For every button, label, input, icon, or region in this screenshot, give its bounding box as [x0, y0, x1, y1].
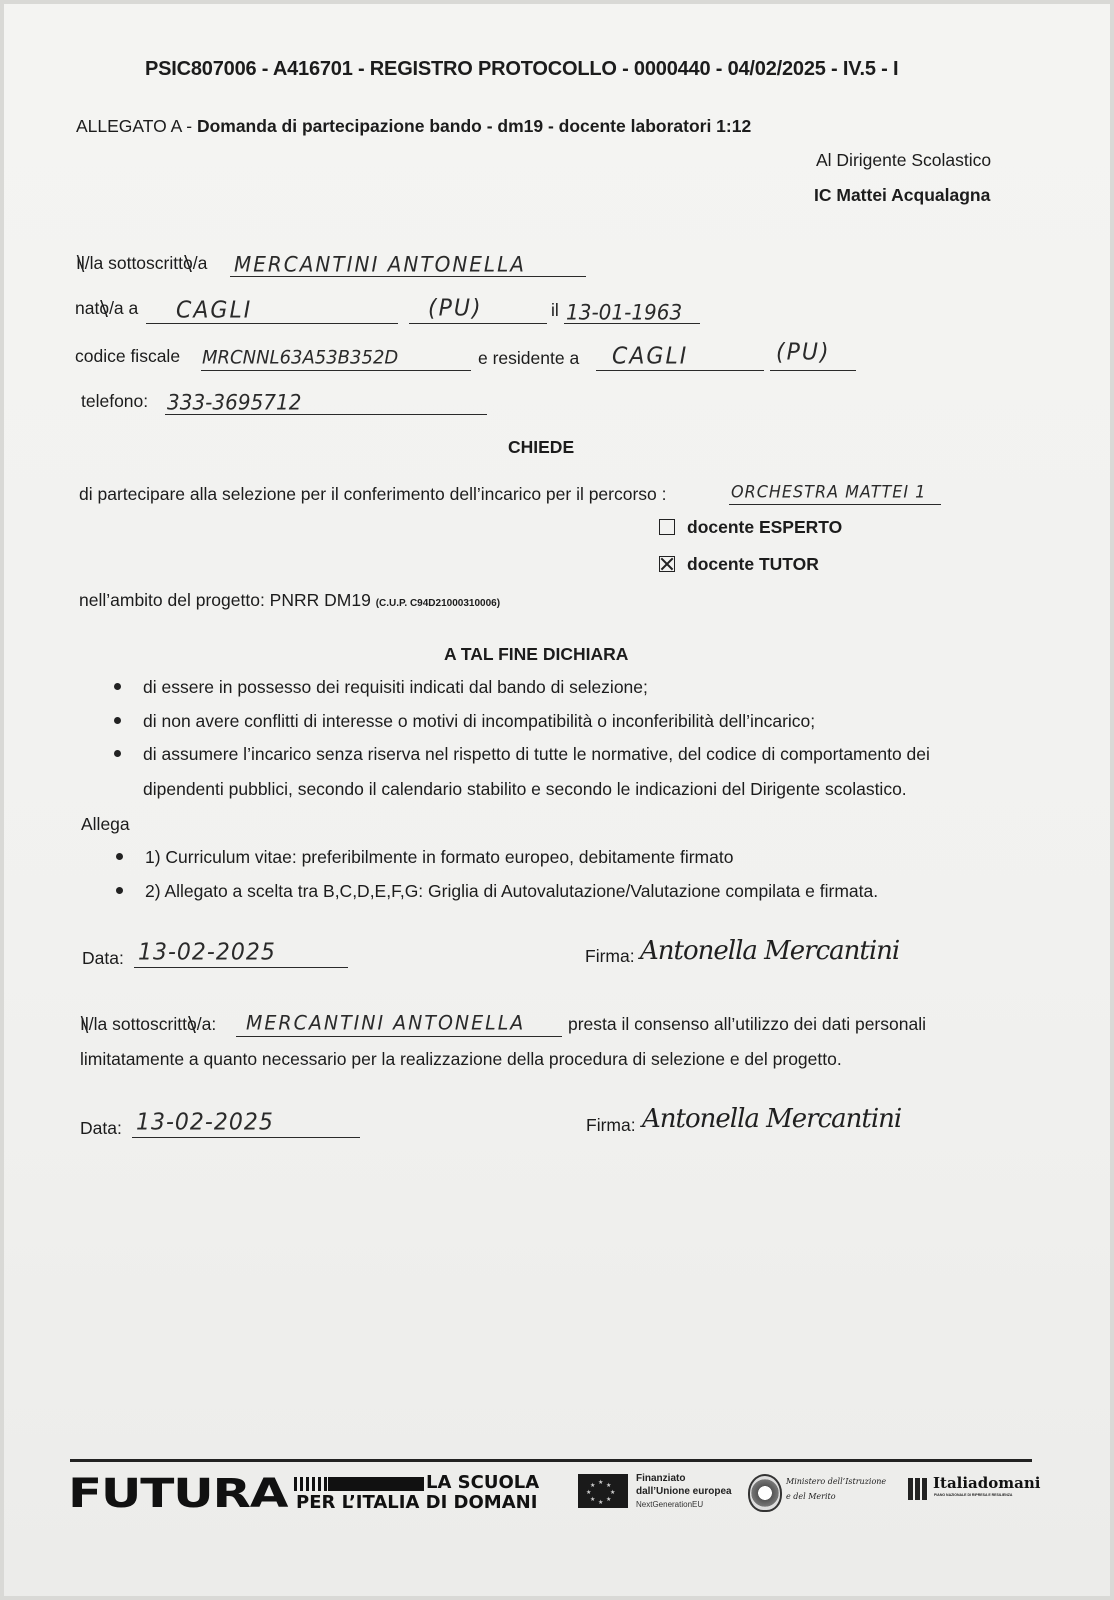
birthdate-field[interactable]: 13-01-1963 [566, 299, 682, 324]
esperto-label: docente ESPERTO [687, 517, 842, 538]
eu-line-2: dall’Unione europea [636, 1486, 732, 1498]
bullet-icon [114, 717, 121, 724]
italiadomani-logo-icon [908, 1478, 928, 1500]
tutor-checkbox[interactable] [659, 556, 675, 572]
nato-label: nato/a a [75, 298, 138, 319]
declaration-item: di essere in possesso dei requisiti indi… [143, 677, 648, 698]
sign-label-2: Firma: [586, 1115, 636, 1136]
attachment-item: 2) Allegato a scelta tra B,C,D,E,F,G: Gr… [145, 881, 878, 902]
province-underline [409, 323, 547, 324]
signature-field-2[interactable]: Antonella Mercantini [642, 1104, 901, 1134]
consent-text-1: presta il consenso all’utilizzo dei dati… [568, 1014, 926, 1035]
allegato-prefix: ALLEGATO A - [76, 116, 197, 136]
italiadomani-title: Italiadomani [933, 1474, 1040, 1492]
declaration-item: di assumere l’incarico senza riserva nel… [143, 744, 930, 765]
course-field[interactable]: ORCHESTRA MATTEI 1 [731, 482, 926, 502]
scuola-line-1: LA SCUOLA [426, 1473, 539, 1492]
bullet-icon [114, 750, 121, 757]
sottoscritto-label: Il/la sottoscritto/a [76, 253, 207, 274]
consent-text-2: limitatamente a quanto necessario per la… [80, 1049, 842, 1070]
allegato-title: ALLEGATO A - Domanda di partecipazione b… [76, 116, 751, 137]
date-field-1[interactable]: 13-02-2025 [138, 939, 276, 965]
cf-field[interactable]: MRCNNL63A53B352D [202, 346, 398, 368]
protocol-line: PSIC807006 - A416701 - REGISTRO PROTOCOL… [145, 58, 898, 81]
course-underline [729, 504, 941, 505]
residence-province-underline [770, 370, 856, 371]
attachments-heading: Allega [81, 814, 130, 835]
residence-underline [596, 370, 764, 371]
phone-label: telefono: [81, 391, 148, 412]
birthdate-label: il [551, 300, 559, 321]
cf-underline [201, 370, 471, 371]
declaration-item-cont: dipendenti pubblici, secondo il calendar… [143, 779, 907, 800]
scuola-line-2: PER L’ITALIA DI DOMANI [296, 1493, 537, 1512]
pixel-pattern-icon [294, 1477, 328, 1491]
footer-divider [70, 1459, 1032, 1462]
document-page: PSIC807006 - A416701 - REGISTRO PROTOCOL… [4, 4, 1110, 1596]
name-field[interactable]: MERCANTINI ANTONELLA [234, 251, 526, 276]
residence-field[interactable]: CAGLI [612, 343, 688, 369]
declaration-heading: A TAL FINE DICHIARA [444, 644, 628, 665]
date-underline-1 [134, 967, 348, 968]
italian-emblem-icon [748, 1474, 782, 1512]
eu-line-3: NextGenerationEU [636, 1500, 703, 1509]
esperto-checkbox[interactable] [659, 519, 675, 535]
signature-field-1[interactable]: Antonella Mercantini [640, 936, 899, 966]
allegato-subject: Domanda di partecipazione bando - dm19 -… [197, 116, 751, 136]
birthplace-field[interactable]: CAGLI [176, 297, 252, 323]
eu-flag-icon: ★★★★★★★★ [578, 1474, 628, 1508]
date-underline-2 [132, 1137, 360, 1138]
recipient-line-1: Al Dirigente Scolastico [816, 150, 991, 171]
recipient-line-2: IC Mattei Acqualagna [814, 185, 990, 206]
consent-name-field[interactable]: MERCANTINI ANTONELLA [246, 1011, 525, 1034]
bullet-icon [116, 853, 123, 860]
bullet-icon [116, 887, 123, 894]
project-line: nell’ambito del progetto: PNRR DM19 (C.U… [79, 590, 500, 611]
residence-label: e residente a [478, 348, 579, 369]
phone-field[interactable]: 333-3695712 [167, 389, 301, 414]
ministry-line-2: e del Merito [786, 1492, 836, 1501]
chiede-heading: CHIEDE [508, 437, 574, 458]
futura-logo: FUTURA [68, 1471, 287, 1517]
residence-province-field[interactable]: (PU) [776, 339, 831, 365]
tutor-label: docente TUTOR [687, 554, 819, 575]
italiadomani-subtitle: PIANO NAZIONALE DI RIPRESA E RESILIENZA [934, 1493, 1012, 1497]
consent-name-underline [236, 1036, 562, 1037]
consent-sottoscritto-label: Il/la sottoscritto/a: [80, 1014, 216, 1035]
eu-line-1: Finanziato [636, 1473, 685, 1485]
date-label-1: Data: [82, 948, 124, 969]
date-label-2: Data: [80, 1118, 122, 1139]
bullet-icon [114, 683, 121, 690]
birth-province-field[interactable]: (PU) [428, 295, 483, 321]
request-text: di partecipare alla selezione per il con… [79, 484, 667, 505]
date-field-2[interactable]: 13-02-2025 [136, 1109, 274, 1135]
sign-label-1: Firma: [585, 946, 635, 967]
cup-code: (C.U.P. C94D21000310006) [376, 598, 500, 609]
declaration-item: di non avere conflitti di interesse o mo… [143, 711, 815, 732]
ministry-line-1: Ministero dell’Istruzione [786, 1477, 886, 1486]
attachment-item: 1) Curriculum vitae: preferibilmente in … [145, 847, 733, 868]
cf-label: codice fiscale [75, 346, 180, 367]
